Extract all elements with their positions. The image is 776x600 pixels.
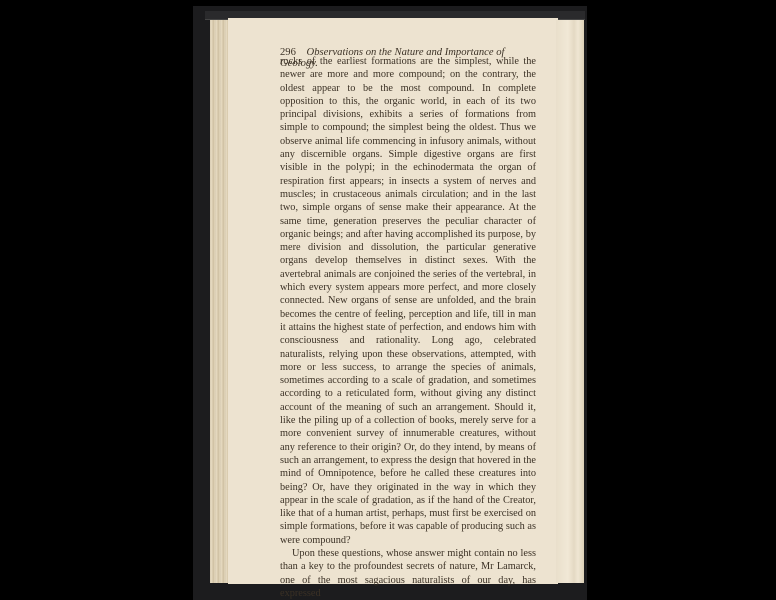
paragraph: Upon these questions, whose answer might… [280,547,536,600]
page-body: rocks of the earliest formations are the… [280,55,536,600]
paragraph: rocks of the earliest formations are the… [280,55,536,547]
page-stack-right-edge [556,20,584,583]
